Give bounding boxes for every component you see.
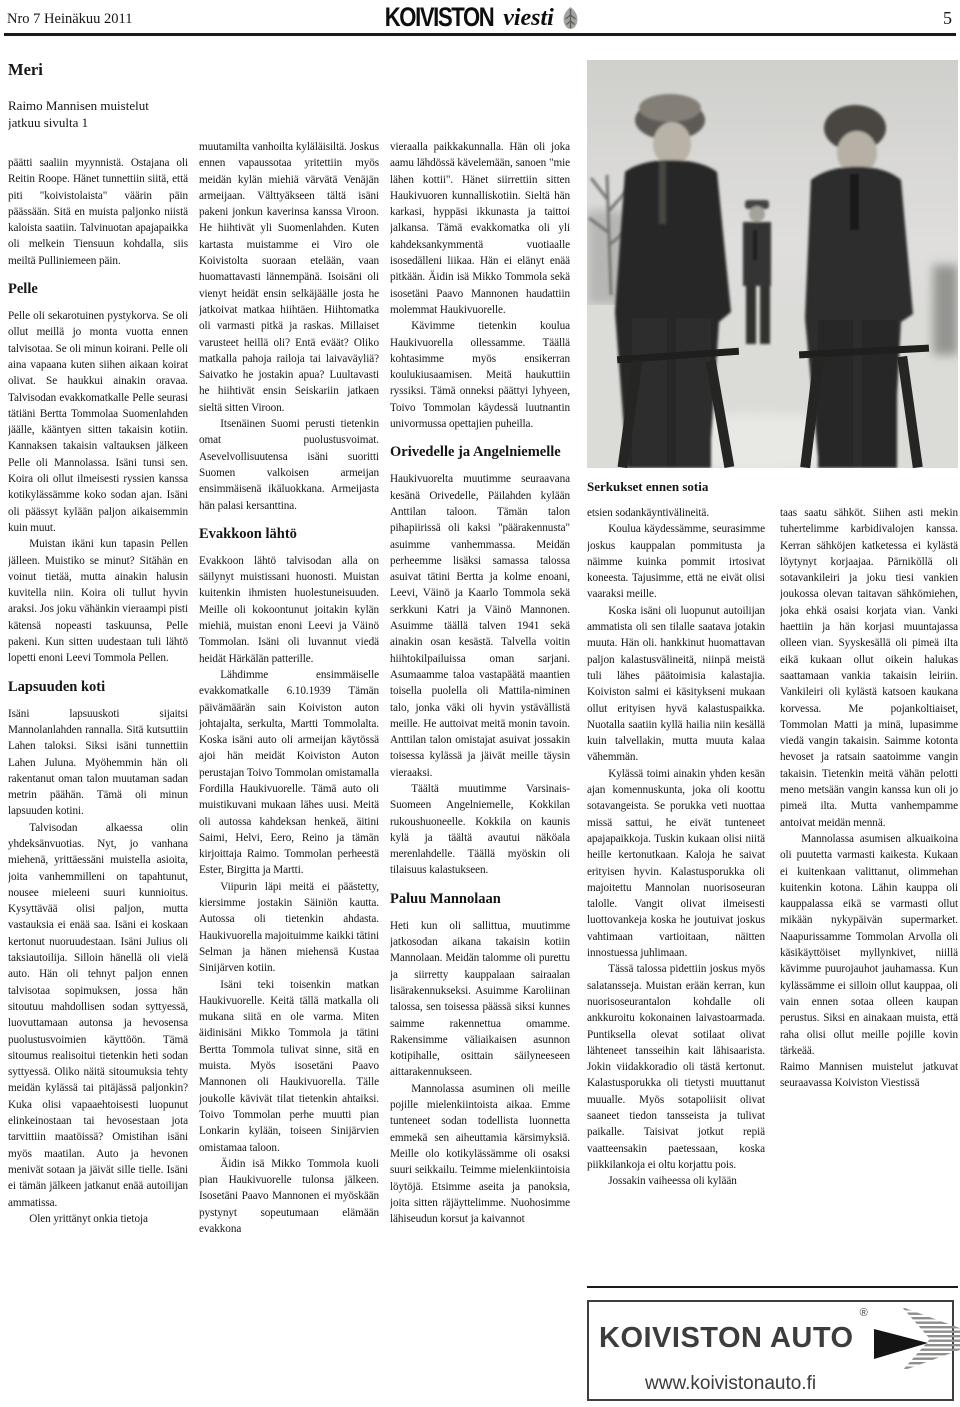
body-paragraph: muutamilta vanhoilta kyläläisiltä. Josku… bbox=[199, 139, 379, 416]
body-paragraph: taas saatu sähköt. Siihen asti mekin tuh… bbox=[780, 505, 958, 831]
body-paragraph: Haukivuorelta muutimme seuraavana kesänä… bbox=[390, 471, 570, 781]
article-continuation-note: Raimo Mannisen muistelut jatkuvat seuraa… bbox=[780, 1059, 958, 1092]
masthead-title-bold: KOIVISTON bbox=[385, 2, 494, 33]
right-zone: Serkukset ennen sotia etsien sodankäynti… bbox=[587, 60, 958, 1277]
registered-trademark-icon: ® bbox=[860, 1307, 868, 1319]
article-column-3: vieraalla paikkakunnalla. Hän oli joka a… bbox=[390, 139, 570, 1401]
body-paragraph: Talvisodan alkaessa olin yhdeksänvuotias… bbox=[8, 820, 188, 1211]
article-photo bbox=[587, 60, 958, 468]
body-paragraph: Koska isäni oli luopunut autoilijan amma… bbox=[587, 603, 765, 766]
section-heading-pelle: Pelle bbox=[8, 281, 188, 298]
body-paragraph: Lähdimme ensimmäiselle evakkomatkalle 6.… bbox=[199, 667, 379, 879]
body-paragraph: Isäni lapsuuskoti sijaitsi Mannolanlahde… bbox=[8, 706, 188, 820]
body-paragraph: Tässä talossa pidettiin joskus myös sala… bbox=[587, 961, 765, 1173]
body-paragraph: Äidin isä Mikko Tommola kuoli pian Hauki… bbox=[199, 1156, 379, 1237]
section-heading-paluu-mannolaan: Paluu Mannolaan bbox=[390, 891, 570, 908]
arrow-logo-icon bbox=[872, 1307, 960, 1371]
article-column-4: etsien sodankäyntivälineitä. Koulua käyd… bbox=[587, 505, 765, 1277]
body-paragraph: Kävimme tietenkin koulua Haukivuorella o… bbox=[390, 318, 570, 432]
masthead-title-script: viesti bbox=[503, 5, 554, 32]
body-paragraph: Olen yrittänyt onkia tietoja bbox=[8, 1211, 188, 1227]
body-paragraph: Muistan ikäni kun tapasin Pellen jälleen… bbox=[8, 536, 188, 666]
body-paragraph: vieraalla paikkakunnalla. Hän oli joka a… bbox=[390, 139, 570, 318]
section-heading-lapsuuden-koti: Lapsuuden koti bbox=[8, 679, 188, 696]
body-paragraph: Itsenäinen Suomi perusti tietenkin omat … bbox=[199, 416, 379, 514]
article-column-2: muutamilta vanhoilta kyläläisiltä. Josku… bbox=[199, 139, 379, 1401]
article-column-5: taas saatu sähköt. Siihen asti mekin tuh… bbox=[780, 505, 958, 1277]
section-heading-evakkoon-lahto: Evakkoon lähtö bbox=[199, 526, 379, 543]
body-paragraph: Heti kun oli sallittua, muutimme jatkoso… bbox=[390, 918, 570, 1081]
body-paragraph: Isäni teki toisenkin matkan Haukivuorell… bbox=[199, 977, 379, 1156]
body-paragraph: Kylässä toimi ainakin yhden kesän ajan k… bbox=[587, 766, 765, 962]
masthead: KOIVISTON viesti bbox=[0, 4, 960, 32]
body-paragraph: Evakkoon lähtö talvisodan alla on säilyn… bbox=[199, 553, 379, 667]
ad-website-url: www.koivistonauto.fi bbox=[645, 1373, 942, 1395]
ad-divider-rule bbox=[587, 1286, 958, 1288]
koiviston-auto-ad: KOIVISTON AUTO ® w bbox=[587, 1300, 954, 1401]
article-title: Meri bbox=[8, 60, 188, 80]
body-paragraph: Viipurin läpi meitä ei päästetty, kiersi… bbox=[199, 879, 379, 977]
body-paragraph: etsien sodankäyntivälineitä. bbox=[587, 505, 765, 521]
body-paragraph: Mannolassa asuminen oli meille pojille m… bbox=[390, 1081, 570, 1228]
article-byline: Raimo Mannisen muistelut jatkuu sivulta … bbox=[8, 97, 188, 131]
body-paragraph: Mannolassa asumisen alkuaikoina oli puut… bbox=[780, 831, 958, 1059]
right-columns: etsien sodankäyntivälineitä. Koulua käyd… bbox=[587, 505, 958, 1277]
body-paragraph: Jossakin vaiheessa oli kylään bbox=[587, 1173, 765, 1189]
newspaper-page: Nro 7 Heinäkuu 2011 KOIVISTON viesti 5 M… bbox=[0, 0, 960, 1407]
body-paragraph: Täältä muutimme Varsinais-Suomeen Angeln… bbox=[390, 781, 570, 879]
header-rule bbox=[4, 33, 956, 36]
body-paragraph: Pelle oli sekarotuinen pystykorva. Se ol… bbox=[8, 308, 188, 536]
ad-brand-name: KOIVISTON AUTO bbox=[599, 1322, 854, 1355]
masthead-emblem-icon bbox=[561, 6, 580, 30]
photo-caption: Serkukset ennen sotia bbox=[587, 479, 958, 495]
section-heading-orivedelle: Orivedelle ja Angelniemelle bbox=[390, 444, 570, 461]
article-column-1: Meri Raimo Mannisen muistelut jatkuu siv… bbox=[8, 60, 188, 1400]
body-paragraph: Koulua käydessämme, seurasimme joskus ka… bbox=[587, 521, 765, 602]
page-number: 5 bbox=[943, 8, 952, 29]
body-paragraph: päätti saaliin myynnistä. Ostajana oli R… bbox=[8, 155, 188, 269]
